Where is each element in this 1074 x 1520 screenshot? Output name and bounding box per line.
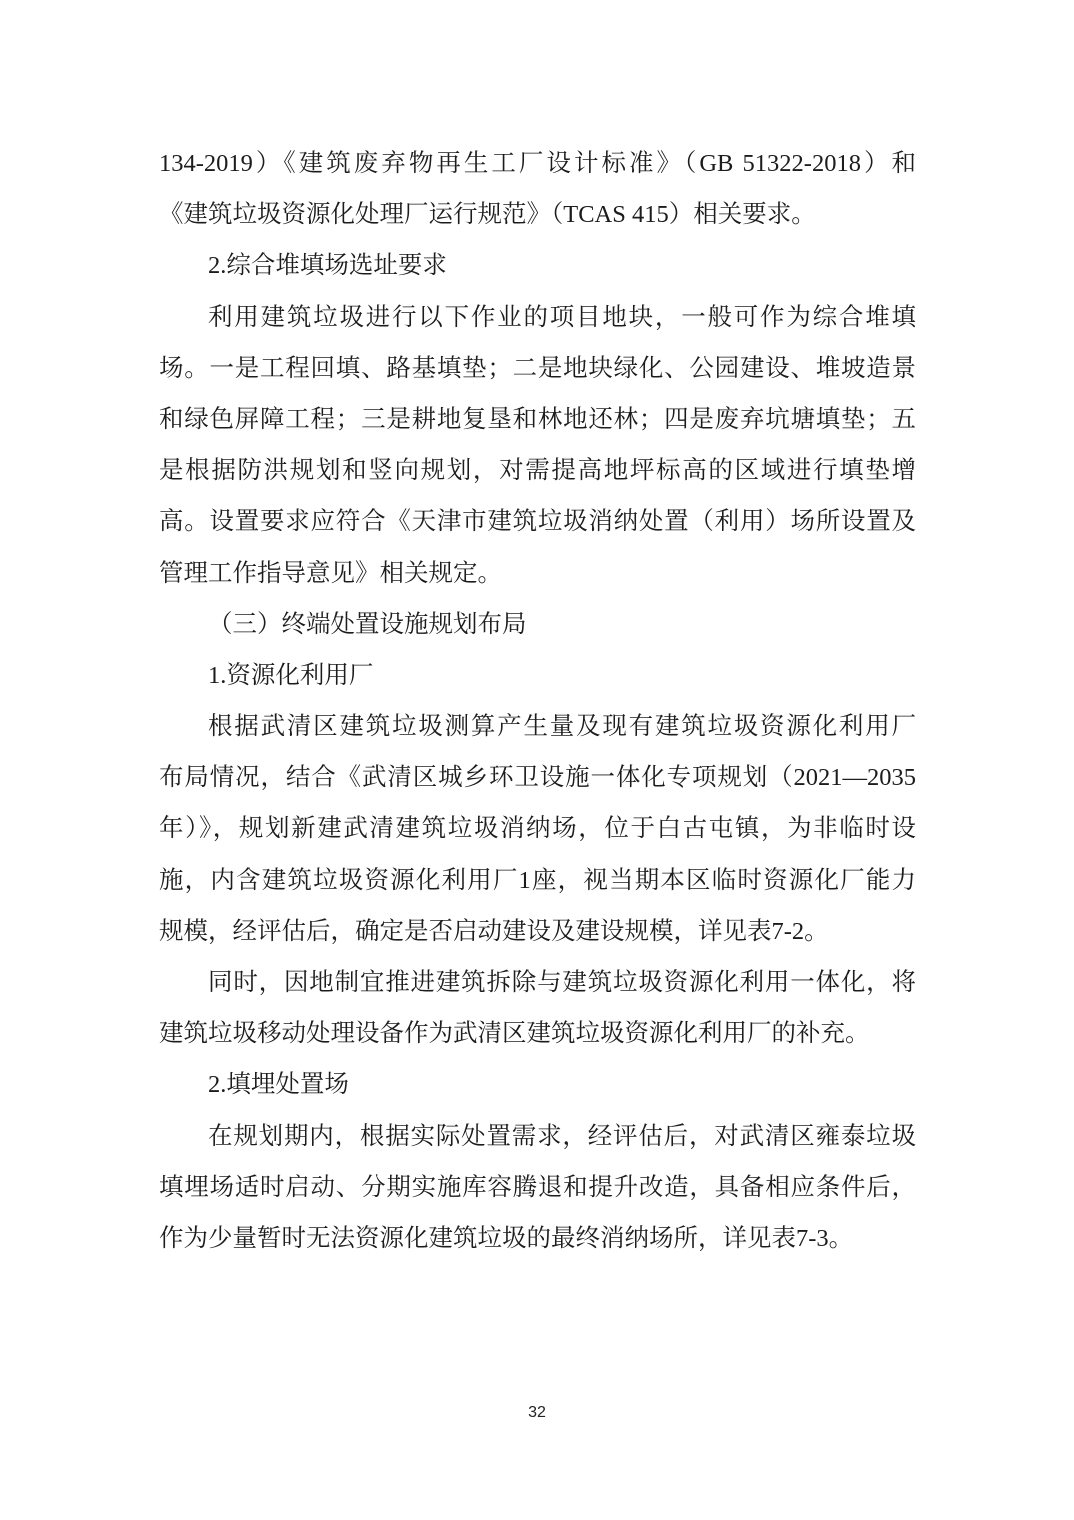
text-line: 年）》，规划新建武清建筑垃圾消纳场，位于白古屯镇，为非临时设	[159, 803, 916, 854]
text-line: 134-2019）《建筑废弃物再生工厂设计标准》（GB 51322-2018）和	[159, 138, 916, 189]
text-line: 是根据防洪规划和竖向规划，对需提高地坪标高的区域进行填垫增	[159, 445, 916, 496]
text-line: 在规划期内，根据实际处置需求，经评估后，对武清区雍泰垃圾	[159, 1111, 916, 1162]
text-content: 134-2019）《建筑废弃物再生工厂设计标准》（GB 51322-2018）和…	[159, 138, 916, 1264]
text-line: （三）终端处置设施规划布局	[159, 599, 916, 650]
text-line: 1.资源化利用厂	[159, 650, 916, 701]
text-line: 填埋场适时启动、分期实施库容腾退和提升改造，具备相应条件后，	[159, 1162, 916, 1213]
text-line: 同时，因地制宜推进建筑拆除与建筑垃圾资源化利用一体化，将	[159, 957, 916, 1008]
text-line: 高。设置要求应符合《天津市建筑垃圾消纳处置（利用）场所设置及	[159, 496, 916, 547]
page-number: 32	[0, 1404, 1074, 1422]
text-line: 规模，经评估后，确定是否启动建设及建设规模，详见表7-2。	[159, 906, 916, 957]
text-line: 作为少量暂时无法资源化建筑垃圾的最终消纳场所，详见表7-3。	[159, 1213, 916, 1264]
text-line: 场。一是工程回填、路基填垫；二是地块绿化、公园建设、堆坡造景	[159, 343, 916, 394]
text-line: 《建筑垃圾资源化处理厂运行规范》（TCAS 415）相关要求。	[159, 189, 916, 240]
text-line: 利用建筑垃圾进行以下作业的项目地块，一般可作为综合堆填	[159, 292, 916, 343]
text-line: 建筑垃圾移动处理设备作为武清区建筑垃圾资源化利用厂的补充。	[159, 1008, 916, 1059]
text-line: 管理工作指导意见》相关规定。	[159, 548, 916, 599]
text-line: 和绿色屏障工程；三是耕地复垦和林地还林；四是废弃坑塘填垫；五	[159, 394, 916, 445]
text-line: 施，内含建筑垃圾资源化利用厂1座，视当期本区临时资源化厂能力	[159, 855, 916, 906]
text-line: 2.填埋处置场	[159, 1059, 916, 1110]
text-line: 根据武清区建筑垃圾测算产生量及现有建筑垃圾资源化利用厂	[159, 701, 916, 752]
text-line: 布局情况，结合《武清区城乡环卫设施一体化专项规划（2021—2035	[159, 752, 916, 803]
text-line: 2.综合堆填场选址要求	[159, 240, 916, 291]
document-page: 134-2019）《建筑废弃物再生工厂设计标准》（GB 51322-2018）和…	[0, 0, 1074, 1520]
